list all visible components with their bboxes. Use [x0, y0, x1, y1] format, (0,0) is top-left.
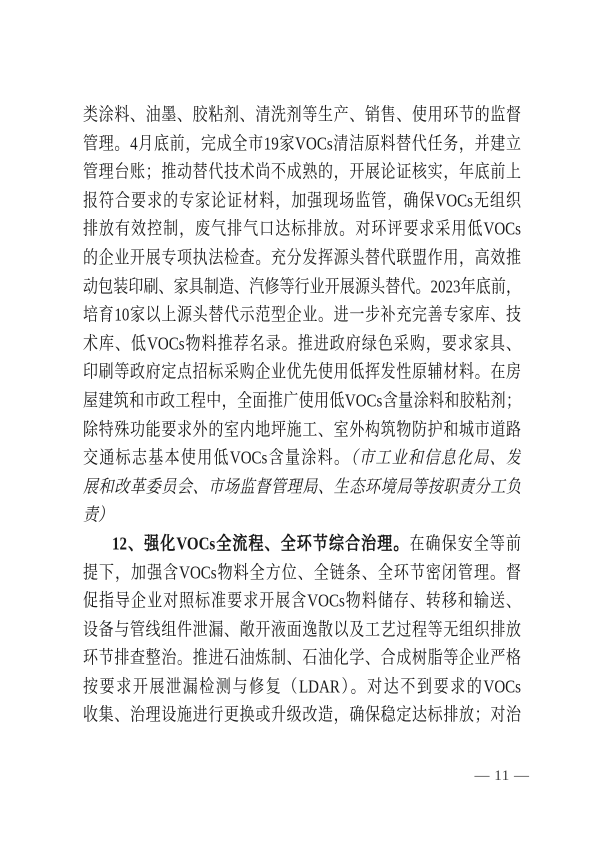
text-segment: 设备与管线组件泄漏、敞开液面逸散以及工艺过程等无组织排放	[83, 621, 521, 640]
text-line: 收集、治理设施进行更换或升级改造，确保稳定达标排放；对治	[83, 700, 521, 734]
text-segment: 管理。4月底前，完成全市19家VOCs清洁原料替代任务，并建立	[83, 135, 521, 154]
text-segment: 报符合要求的专家论证材料，加强现场监管，确保VOCs无组织	[83, 192, 521, 211]
text-segment: 展和改革委员会、市场监督管理局、生态环境局等按职责分工负	[83, 478, 521, 497]
paragraph-continued: 类涂料、油墨、胶粘剂、清洗剂等生产、销售、使用环节的监督管理。4月底前，完成全市…	[83, 102, 521, 531]
text-segment: 收集、治理设施进行更换或升级改造，确保稳定达标排放；对治	[83, 707, 521, 726]
text-segment: 责）	[83, 507, 113, 526]
text-segment: 管理台账；推动替代技术尚不成熟的，开展论证核实，年底前上	[83, 164, 521, 183]
text-segment: 在确保安全等前	[409, 535, 521, 554]
paragraph-item-12: 12、强化VOCs全流程、全环节综合治理。在确保安全等前提下，加强含VOCs物料…	[83, 531, 521, 731]
text-segment: （市工业和信息化局、发	[350, 449, 521, 468]
text-segment: 类涂料、油墨、胶粘剂、清洗剂等生产、销售、使用环节的监督	[83, 106, 521, 125]
text-segment: 印刷等政府定点招标采购企业优先使用低挥发性原辅材料。在房	[83, 364, 521, 383]
text-segment: 的企业开展专项执法检查。充分发挥源头替代联盟作用，高效推	[83, 249, 521, 268]
document-page: 类涂料、油墨、胶粘剂、清洗剂等生产、销售、使用环节的监督管理。4月底前，完成全市…	[0, 0, 600, 848]
text-segment: 动包装印刷、家具制造、汽修等行业开展源头替代。2023年底前，	[83, 278, 521, 297]
text-segment: 提下，加强含VOCs物料全方位、全链条、全环节密闭管理。督	[83, 564, 521, 583]
text-segment: 屋建筑和市政工程中，全面推广使用低VOCs含量涂料和胶粘剂；	[83, 392, 521, 411]
text-segment: 术库、低VOCs物料推荐名录。推进政府绿色采购，要求家具、	[83, 335, 521, 354]
text-segment: 12、强化VOCs全流程、全环节综合治理。	[112, 535, 409, 554]
text-segment: 除特殊功能要求外的室内地坪施工、室外构筑物防护和城市道路	[83, 421, 521, 440]
text-segment: 按要求开展泄漏检测与修复（LDAR）。对达不到要求的VOCs	[83, 678, 521, 697]
text-segment: 交通标志基本使用低VOCs含量涂料。	[83, 449, 350, 468]
text-segment: 促指导企业对照标准要求开展含VOCs物料储存、转移和输送、	[83, 592, 521, 611]
text-segment: 培育10家以上源头替代示范型企业。进一步补充完善专家库、技	[83, 306, 521, 325]
document-body: 类涂料、油墨、胶粘剂、清洗剂等生产、销售、使用环节的监督管理。4月底前，完成全市…	[83, 102, 521, 731]
text-segment: 环节排查整治。推进石油炼制、石油化学、合成树脂等企业严格	[83, 650, 521, 669]
page-number: — 11 —	[452, 765, 552, 787]
text-segment: 排放有效控制，废气排气口达标排放。对环评要求采用低VOCs	[83, 221, 521, 240]
